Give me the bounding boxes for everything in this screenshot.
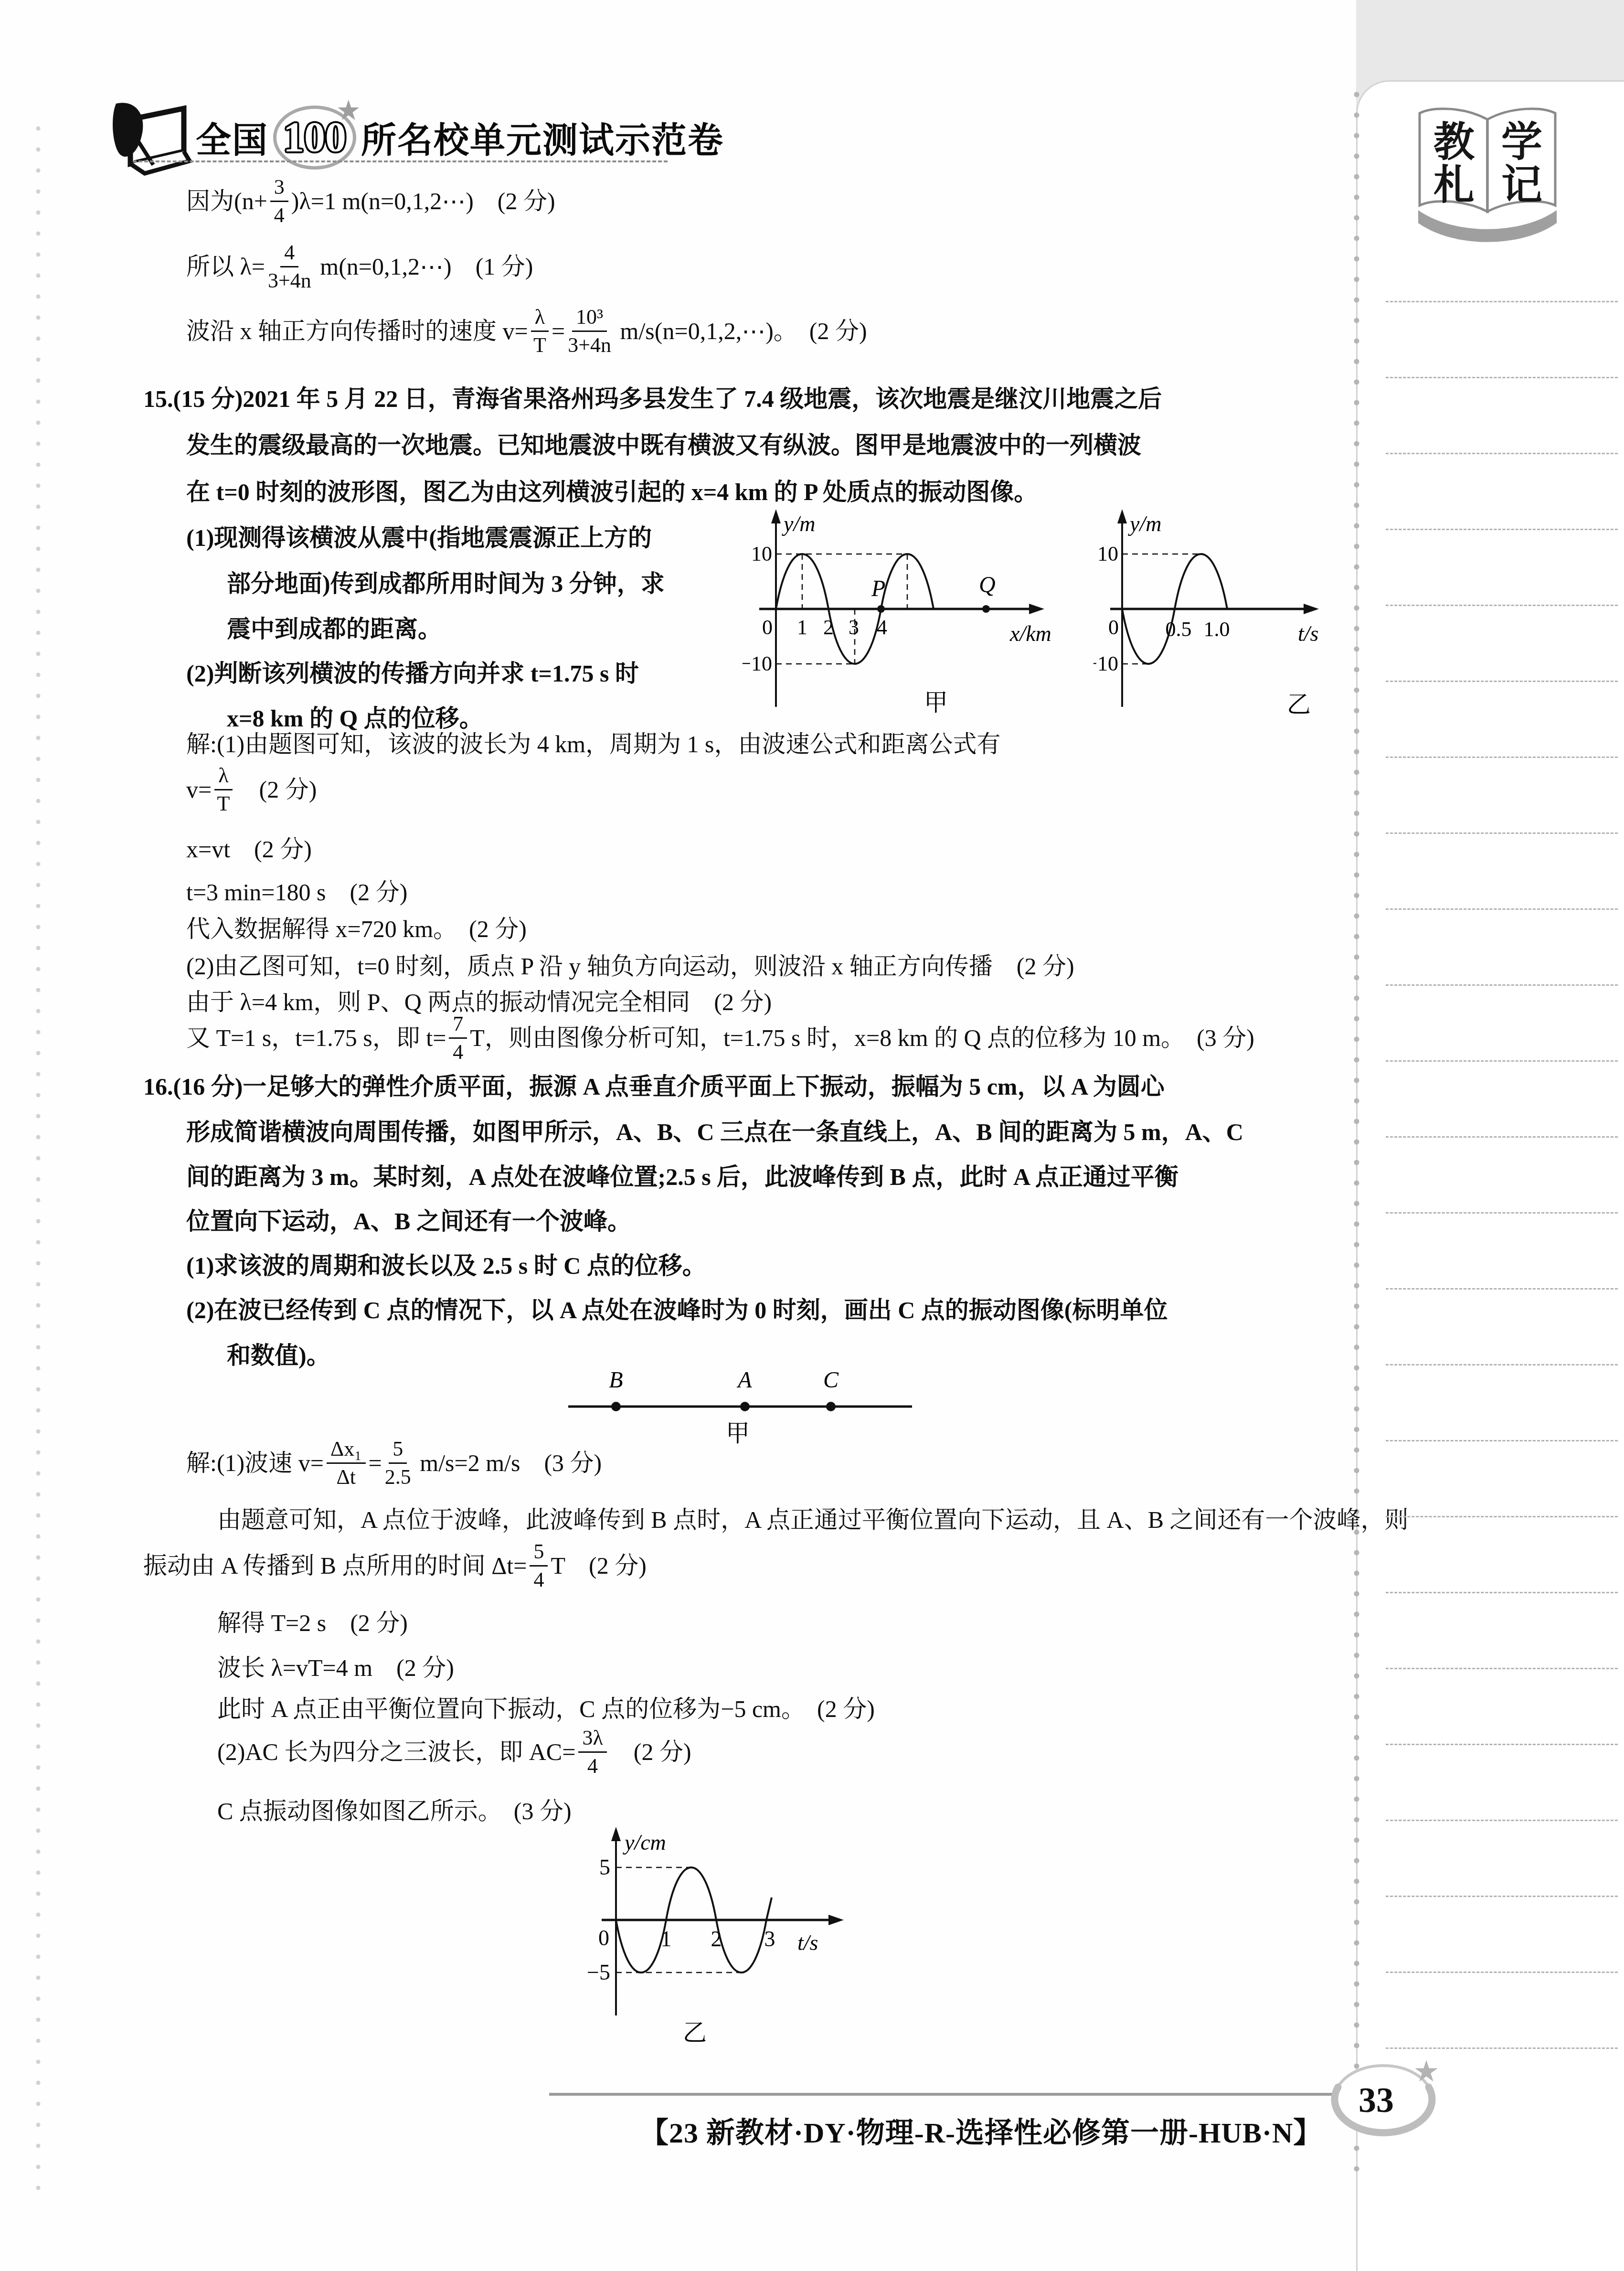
y-tick-neg5: −5	[587, 1960, 610, 1984]
fraction: 3λ4	[578, 1727, 606, 1777]
solution-line: (2)AC 长为四分之三波长，即 AC=3λ4 (2 分)	[217, 1727, 691, 1777]
question-15-line: 15.(15 分)2021 年 5 月 22 日，青海省果洛州玛多县发生了 7.…	[143, 384, 1162, 413]
x-tick-1: 1	[797, 616, 807, 639]
badge-star-icon: ★	[1413, 2056, 1440, 2088]
x-axis-label: t/s	[797, 1930, 818, 1955]
solution-line: 振动由 A 传播到 B 点所用的时间 Δt=54T (2 分)	[143, 1540, 647, 1590]
solution-line: C 点振动图像如图乙所示。 (3 分)	[217, 1797, 572, 1825]
point-Q-label: Q	[979, 572, 996, 597]
notes-char-3: 札	[1433, 162, 1475, 208]
brand-text-pre: 全国	[196, 112, 268, 163]
question-16-line: 16.(16 分)一足够大的弹性介质平面，振源 A 点垂直介质平面上下振动，振幅…	[143, 1072, 1165, 1101]
figure-caption: 乙	[683, 2019, 707, 2046]
fraction: λT	[214, 764, 232, 814]
solution-line: 由于 λ=4 km，则 P、Q 两点的振动情况完全相同 (2 分)	[186, 988, 772, 1016]
note-rule-line	[1386, 377, 1618, 378]
solution-line: 所以 λ=43+4n m(n=0,1,2⋯) (1 分)	[186, 241, 533, 291]
solution-line: 由题意可知，A 点位于波峰，此波峰传到 B 点时，A 点正通过平衡位置向下运动，…	[217, 1505, 1409, 1534]
x-tick-3: 3	[849, 616, 859, 639]
x-axis-arrow	[1304, 604, 1319, 614]
fraction: 34	[270, 176, 288, 226]
star-icon: ★	[337, 96, 360, 125]
point-Q-dot	[982, 605, 990, 613]
y-tick-5: 5	[599, 1855, 610, 1879]
note-rule-line	[1386, 1288, 1618, 1290]
y-axis-label: y/cm	[623, 1830, 666, 1855]
y-tick-0: 0	[598, 1926, 609, 1950]
solution-line: 波沿 x 轴正方向传播时的速度 v=λT=10³3+4n m/s(n=0,1,2…	[186, 306, 867, 356]
solution-line: 波长 λ=vT=4 m (2 分)	[217, 1653, 454, 1682]
exam-answer-page: 全国 100★ 所名校单元测试示范卷 教 学 札 记 因为(n+34)λ=1 m…	[0, 0, 1624, 2271]
y-axis-arrow	[611, 1827, 621, 1841]
question-15-line: 发生的震级最高的一次地震。已知地震波中既有横波又有纵波。图甲是地震波中的一列横波	[186, 431, 1141, 459]
footer-edition-text: 【23 新教材·DY·物理-R-选择性必修第一册-HUB·N】	[640, 2110, 1322, 2151]
y-tick-neg10: −10	[1093, 652, 1118, 675]
x-tick-3: 3	[764, 1927, 775, 1951]
y-axis-label: y/m	[782, 512, 815, 536]
fraction: λT	[531, 306, 549, 356]
x-tick-0: 0	[762, 616, 773, 639]
question-16-sub2: (2)在波已经传到 C 点的情况下，以 A 点处在波峰时为 0 时刻，画出 C …	[186, 1296, 1168, 1324]
solution-line: 解:(1)波速 v=Δx₁Δt=52.5 m/s=2 m/s (3 分)	[186, 1438, 602, 1488]
point-P-label: P	[871, 576, 885, 601]
fraction: 10³3+4n	[568, 306, 611, 356]
note-rule-line	[1386, 1896, 1618, 1897]
quill-book-icon	[107, 98, 196, 177]
notes-char-1: 教	[1433, 119, 1475, 165]
question-16-line: 间的距离为 3 m。某时刻，A 点处在波峰位置;2.5 s 后，此波峰传到 B …	[186, 1162, 1178, 1191]
x-axis-arrow	[828, 1915, 844, 1925]
x-axis-label: x/km	[1009, 621, 1051, 646]
fraction: 74	[449, 1013, 467, 1063]
note-rule-line	[1386, 908, 1618, 910]
note-rule-line	[1386, 832, 1618, 834]
question-15-sub1-wrap: 震中到成都的距离。	[227, 615, 442, 643]
x-tick-10s: 1.0	[1204, 618, 1230, 641]
solution-line: t=3 min=180 s (2 分)	[186, 878, 407, 906]
bac-line-diagram: B A C 甲	[544, 1366, 936, 1447]
solution-line: 此时 A 点正由平衡位置向下振动，C 点的位移为−5 cm。 (2 分)	[217, 1695, 875, 1723]
x-axis-arrow	[1029, 604, 1044, 614]
solution-line: (2)由乙图可知，t=0 时刻，质点 P 沿 y 轴负方向运动，则波沿 x 轴正…	[186, 952, 1074, 981]
page-number-badge: ★ 33	[1319, 2054, 1455, 2147]
x-tick-05: 0.5	[1166, 618, 1192, 641]
vibration-C-chart: 5 0 −5 1 2 3 y/cm t/s 乙	[573, 1827, 860, 2047]
brand-text-post: 所名校单元测试示范卷	[361, 112, 724, 163]
sidebar-notes-card	[1356, 80, 1624, 2271]
y-axis-label: y/m	[1128, 512, 1161, 536]
note-rule-line	[1386, 1060, 1618, 1062]
fraction: Δx₁Δt	[327, 1438, 366, 1488]
note-rule-line	[1386, 1820, 1618, 1821]
question-15-sub1-wrap: 部分地面)传到成都所用时间为 3 分钟，求	[227, 569, 665, 598]
point-C-label: C	[823, 1367, 839, 1393]
solution-line: x=vt (2 分)	[186, 835, 312, 864]
note-rule-line	[1386, 1744, 1618, 1745]
page-number: 33	[1359, 2081, 1394, 2120]
fraction: 52.5	[385, 1438, 411, 1488]
question-16-line: 形成简谐横波向周围传播，如图甲所示，A、B、C 三点在一条直线上，A、B 间的距…	[186, 1118, 1243, 1146]
note-rule-line	[1386, 2047, 1618, 2049]
notes-char-2: 学	[1501, 119, 1542, 165]
point-A-dot	[740, 1402, 750, 1411]
binding-dots-right	[1353, 90, 1360, 2182]
x-tick-1: 1	[661, 1927, 672, 1951]
brand-100-badge: 100★	[273, 106, 356, 170]
x-tick-2: 2	[823, 616, 834, 639]
y-tick-10: 10	[1097, 542, 1118, 565]
solution-line: v=λT (2 分)	[186, 764, 317, 814]
point-B-dot	[611, 1402, 621, 1411]
note-rule-line	[1386, 1516, 1618, 1517]
notes-char-4: 记	[1501, 162, 1542, 208]
note-rule-line	[1386, 757, 1618, 758]
figure-caption: 乙	[1287, 691, 1311, 718]
y-tick-neg10: −10	[743, 652, 772, 675]
binding-dots-left	[35, 124, 41, 2197]
figure-caption: 甲	[924, 689, 948, 716]
x-axis-label: t/s	[1298, 621, 1318, 646]
question-16-sub1: (1)求该波的周期和波长以及 2.5 s 时 C 点的位移。	[186, 1251, 706, 1280]
note-rule-line	[1386, 1136, 1618, 1138]
note-rule-line	[1386, 1440, 1618, 1441]
figure-caption: 甲	[726, 1420, 750, 1447]
note-rule-line	[1386, 1364, 1618, 1365]
note-rule-line	[1386, 605, 1618, 606]
note-rule-line	[1386, 453, 1618, 454]
solution-line: 解得 T=2 s (2 分)	[217, 1609, 408, 1637]
note-rule-line	[1386, 301, 1618, 302]
x-tick-0: 0	[1108, 616, 1119, 639]
point-P-dot	[877, 605, 885, 613]
point-A-label: A	[736, 1367, 752, 1393]
solution-line: 又 T=1 s，t=1.75 s，即 t=74T，则由图像分析可知，t=1.75…	[186, 1013, 1254, 1063]
x-tick-4: 4	[877, 616, 887, 639]
vibration-P-chart: 10 −10 0 0.5 1.0 y/m t/s 乙	[1093, 501, 1342, 719]
point-B-label: B	[609, 1367, 623, 1393]
teaching-notes-book-icon: 教 学 札 记	[1406, 98, 1569, 246]
fraction: 54	[530, 1540, 548, 1590]
question-16-sub2-wrap: 和数值)。	[227, 1341, 330, 1370]
question-15-sub2: (2)判断该列横波的传播方向并求 t=1.75 s 时	[186, 659, 639, 688]
brand-logo: 全国 100★ 所名校单元测试示范卷	[107, 98, 724, 177]
solution-line: 代入数据解得 x=720 km。 (2 分)	[186, 915, 527, 943]
fraction: 43+4n	[268, 241, 311, 291]
note-rule-line	[1386, 984, 1618, 986]
question-15-sub2-wrap: x=8 km 的 Q 点的位移。	[227, 704, 483, 733]
y-tick-10: 10	[751, 542, 772, 565]
note-rule-line	[1386, 1212, 1618, 1214]
question-16-line: 位置向下运动，A、B 之间还有一个波峰。	[186, 1207, 631, 1236]
point-C-dot	[826, 1402, 836, 1411]
note-rule-line	[1386, 1592, 1618, 1593]
note-rule-line	[1386, 529, 1618, 530]
header-dashed-line	[133, 160, 668, 162]
wave-snapshot-chart: P Q 10 −10 0 1 2 3 4 y/m x/km 甲	[743, 501, 1082, 719]
note-rule-line	[1386, 681, 1618, 682]
solution-line: 因为(n+34)λ=1 m(n=0,1,2⋯) (2 分)	[186, 176, 555, 226]
footer-rule	[549, 2093, 1339, 2096]
y-axis-arrow	[1117, 509, 1127, 523]
note-rule-line	[1386, 1668, 1618, 1669]
x-tick-2: 2	[711, 1927, 722, 1951]
y-axis-arrow	[771, 509, 781, 523]
note-rule-line	[1386, 1972, 1618, 1973]
question-15-sub1: (1)现测得该横波从震中(指地震震源正上方的	[186, 523, 652, 552]
solution-line: 解:(1)由题图可知，该波的波长为 4 km，周期为 1 s，由波速公式和距离公…	[186, 730, 1001, 758]
